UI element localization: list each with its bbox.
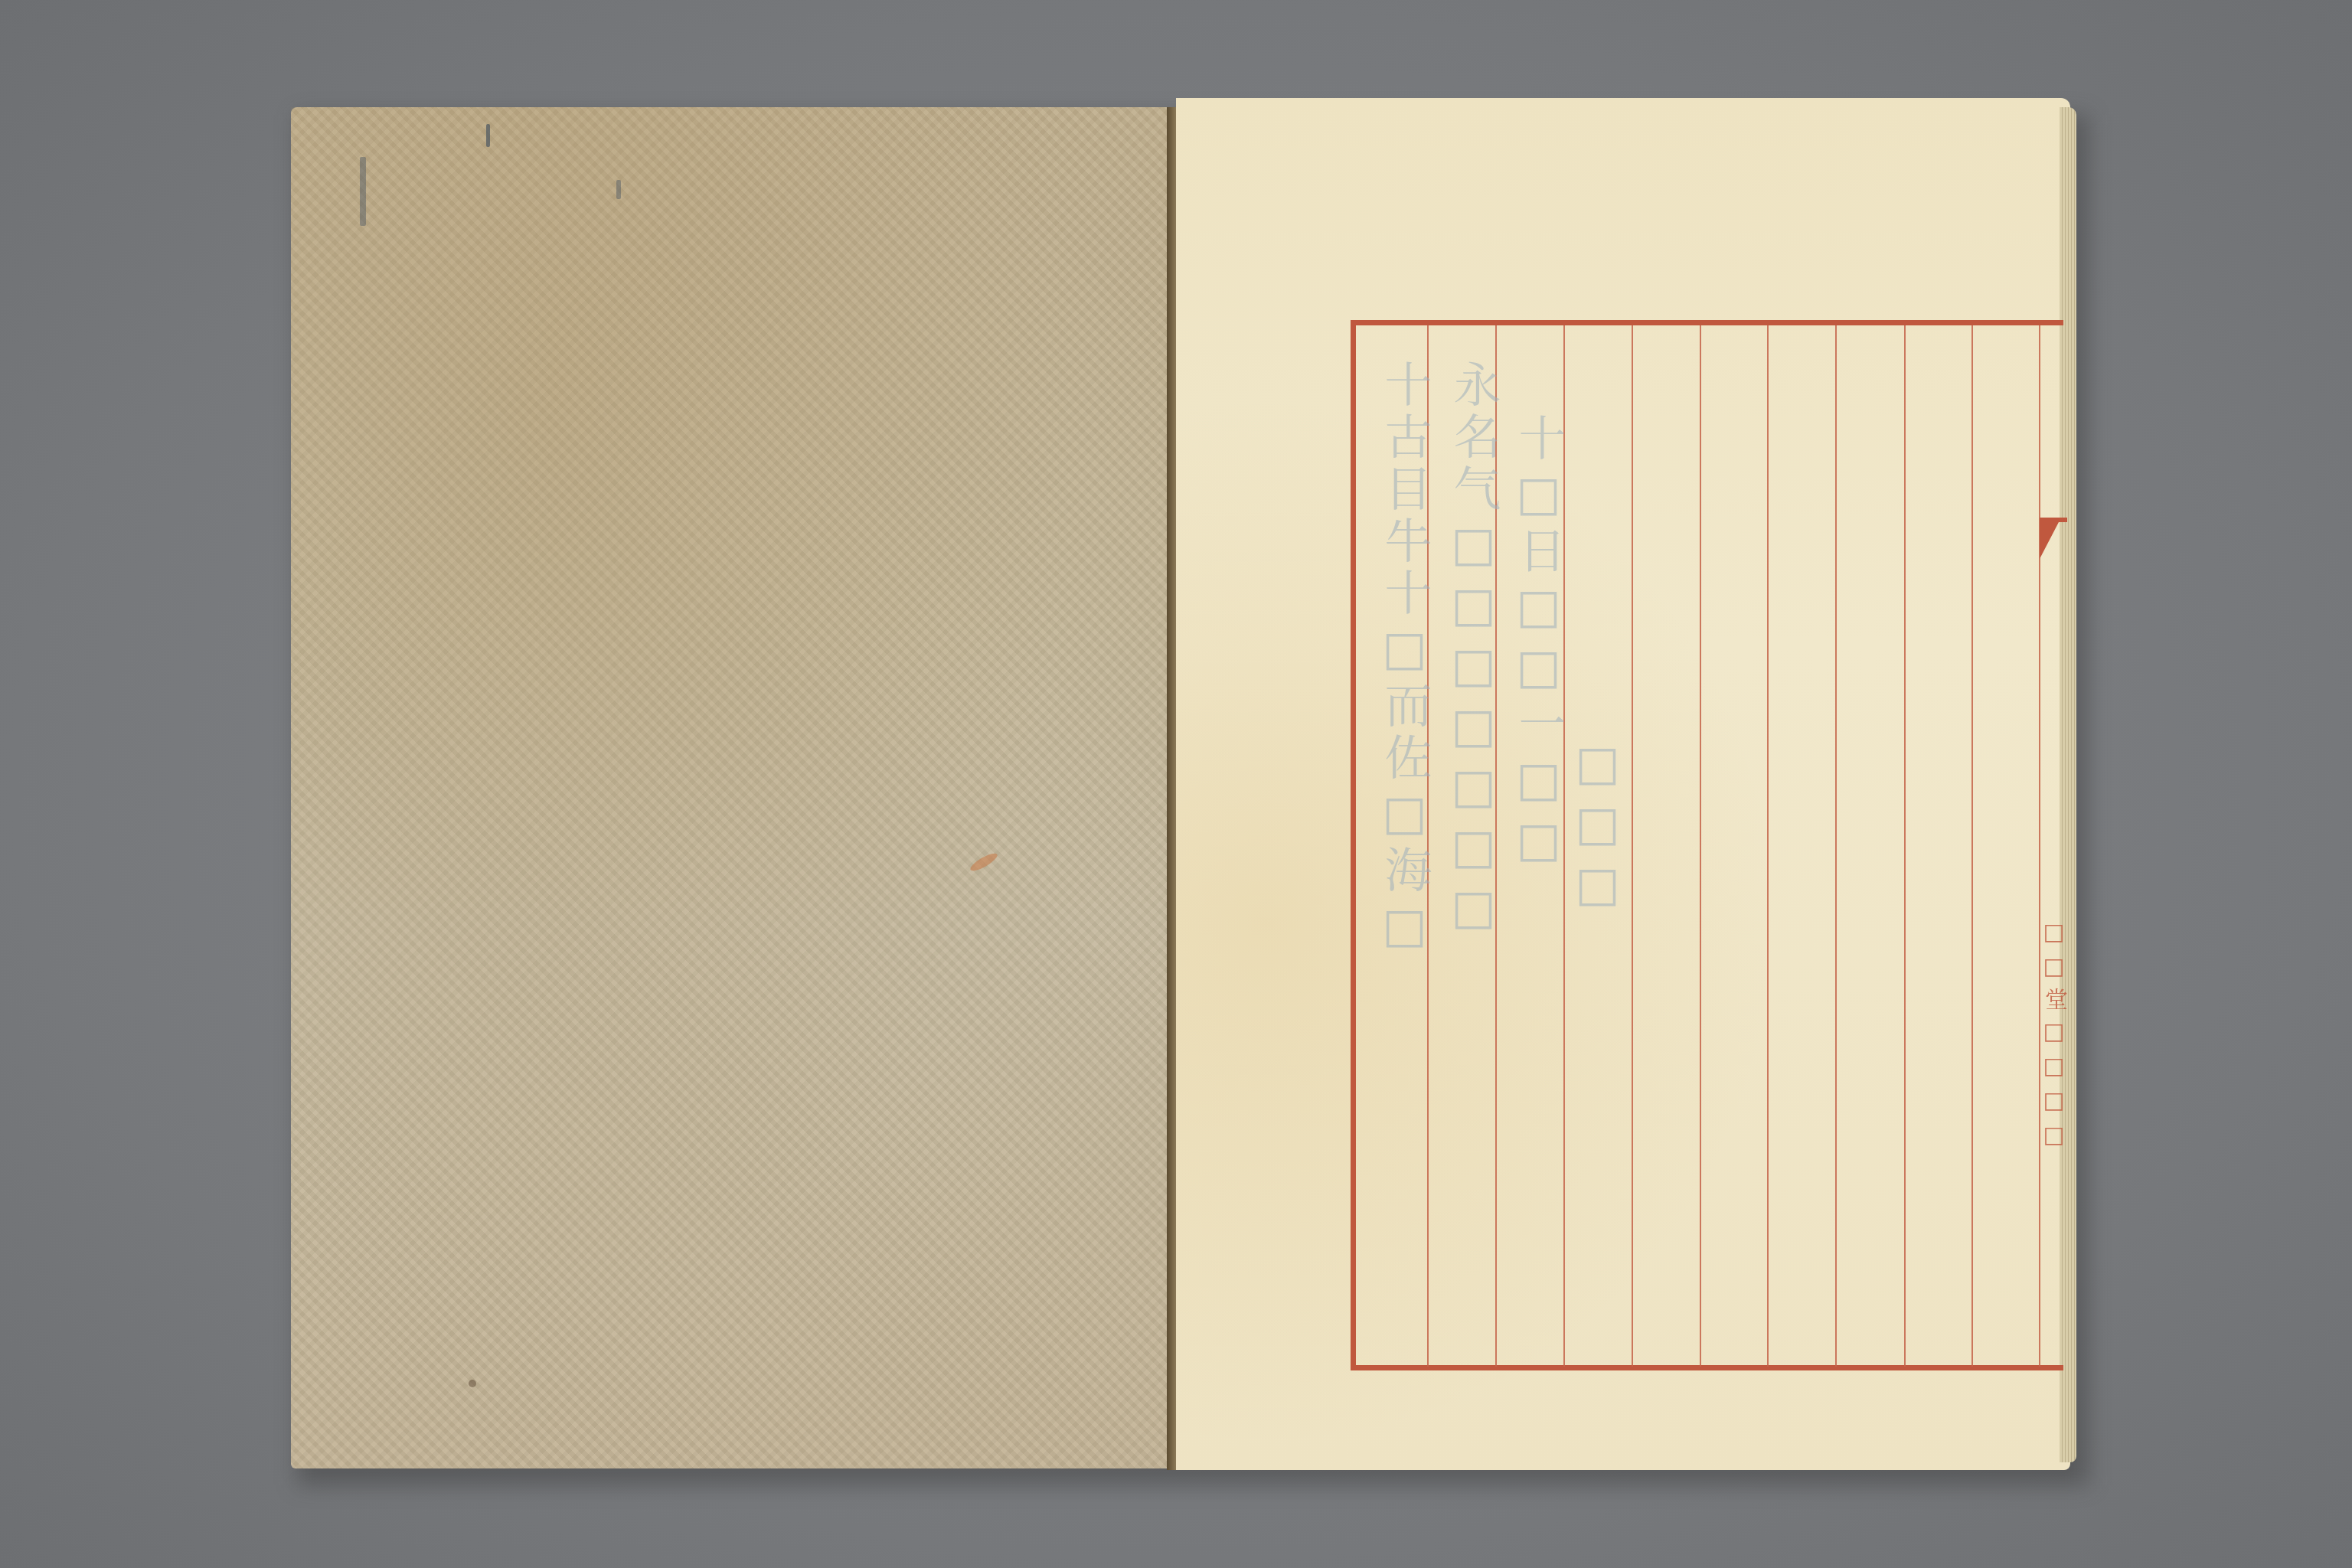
column-line (1971, 325, 1973, 1367)
speck (469, 1380, 476, 1387)
pencil-mark (616, 180, 621, 199)
column-line (2039, 325, 2040, 1367)
pencil-mark (360, 157, 366, 226)
column-line (1835, 325, 1837, 1367)
handwriting-column: □□□ (1570, 735, 1625, 1194)
column-line (1700, 325, 1701, 1367)
handwriting-column: 永名气□□□□□□□ (1439, 360, 1508, 1317)
column-line (1767, 325, 1769, 1367)
margin-title: □□堂□□□□ (2044, 919, 2070, 1156)
spine (1167, 107, 1176, 1470)
left-page (291, 107, 1171, 1468)
pencil-mark (486, 124, 490, 147)
column-line (1904, 325, 1906, 1367)
handwriting-column: 十□日□□一□□ (1504, 413, 1573, 1102)
handwriting-column: 十古目牛十□而佐□海□ (1370, 360, 1439, 1340)
column-line (1632, 325, 1633, 1367)
fishtail-mark (2040, 521, 2060, 559)
